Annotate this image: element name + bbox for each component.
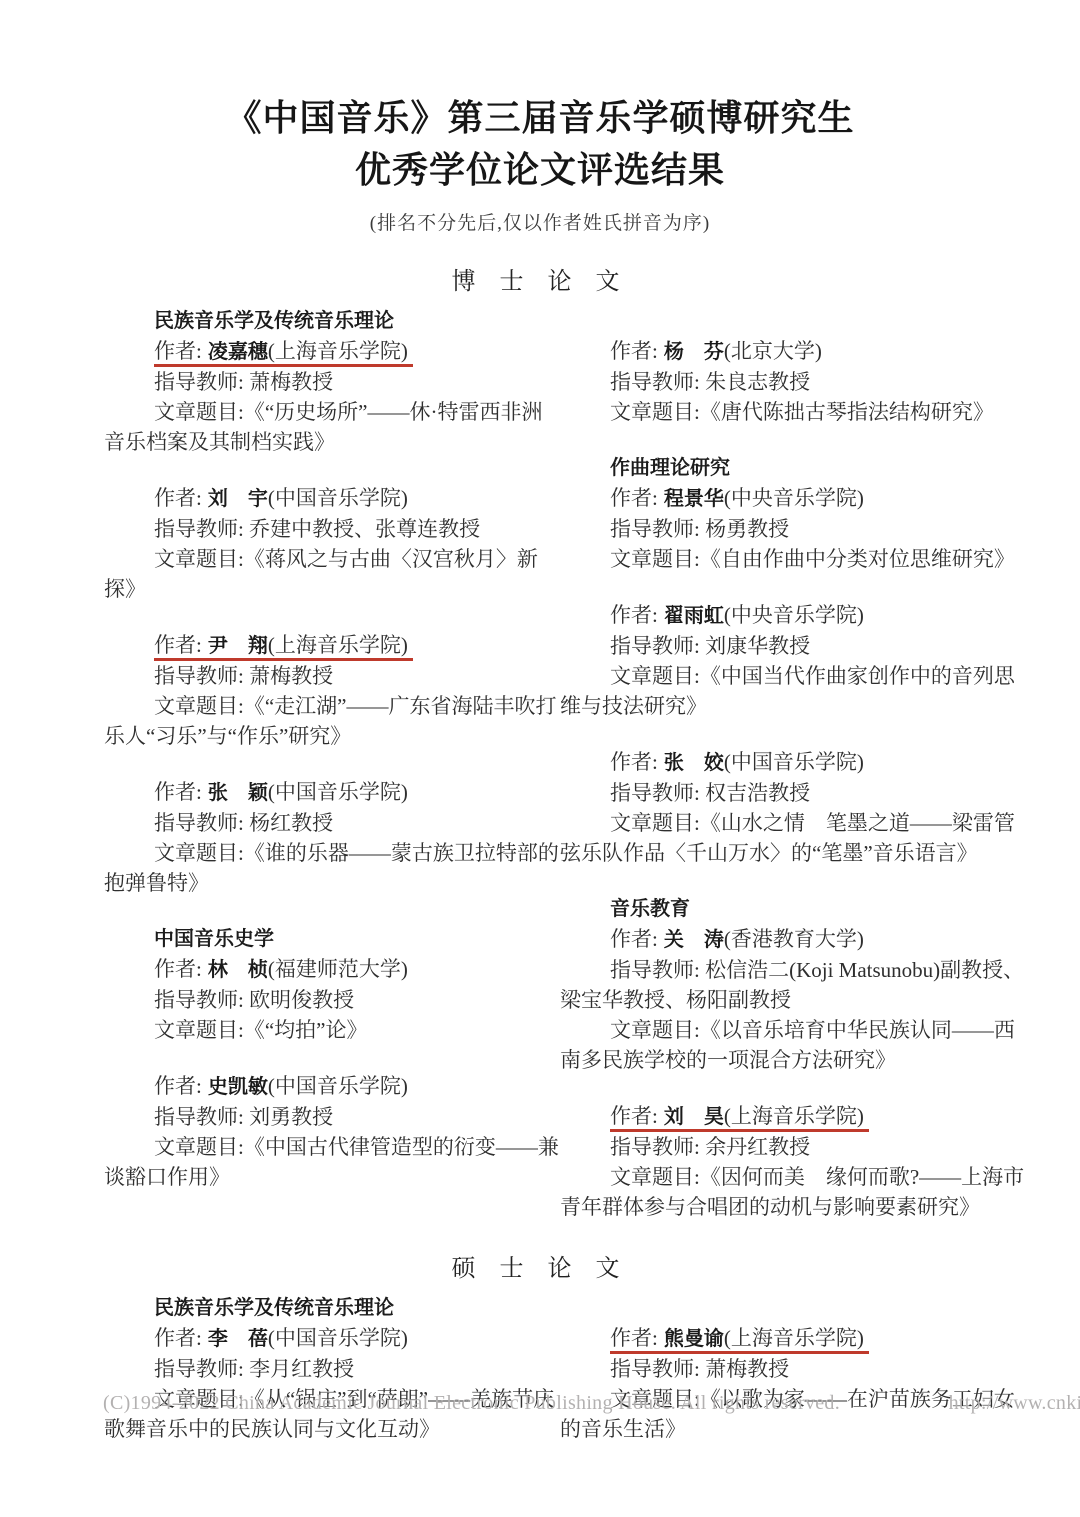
masters-right-column: 作者:熊曼谕(上海音乐学院)指导教师: 萧梅教授文章题目:《以歌为家——在沪苗族… bbox=[560, 1293, 1030, 1444]
author-affiliation: (中国音乐学院) bbox=[268, 486, 408, 510]
author-line: 作者:关 涛(香港教育大学) bbox=[560, 924, 1030, 955]
title-line: 文章题目:《“走江湖”——广东省海陆丰吹打乐人“习乐”与“作乐”研究》 bbox=[104, 691, 560, 751]
category-heading: 中国音乐史学 bbox=[154, 924, 560, 954]
author-line: 作者:熊曼谕(上海音乐学院) bbox=[560, 1323, 1030, 1354]
author-label: 作者: bbox=[610, 750, 658, 774]
author-affiliation: (北京大学) bbox=[724, 339, 822, 363]
advisor-line: 指导教师: 刘勇教授 bbox=[104, 1102, 560, 1132]
underlined-author: 作者:熊曼谕(上海音乐学院) bbox=[610, 1326, 869, 1354]
category-heading: 音乐教育 bbox=[610, 894, 1030, 924]
author-line: 作者:尹 翔(上海音乐学院) bbox=[104, 630, 560, 661]
author-label: 作者: bbox=[610, 339, 658, 363]
author-line: 作者:程景华(中央音乐学院) bbox=[560, 483, 1030, 514]
masters-columns: 民族音乐学及传统音乐理论作者:李 蓓(中国音乐学院)指导教师: 李月红教授文章题… bbox=[104, 1293, 1080, 1444]
doctoral-left-column: 民族音乐学及传统音乐理论作者:凌嘉穗(上海音乐学院)指导教师: 萧梅教授文章题目… bbox=[104, 306, 560, 1222]
thesis-entry: 作者:张 颖(中国音乐学院)指导教师: 杨红教授文章题目:《谁的乐器——蒙古族卫… bbox=[104, 777, 560, 898]
category-heading: 民族音乐学及传统音乐理论 bbox=[154, 306, 560, 336]
masters-left-column: 民族音乐学及传统音乐理论作者:李 蓓(中国音乐学院)指导教师: 李月红教授文章题… bbox=[104, 1293, 560, 1444]
author-name: 刘 昊 bbox=[664, 1106, 724, 1128]
author-text: 作者:关 涛(香港教育大学) bbox=[610, 927, 864, 951]
copyright-text: (C)1994-2022 China Academic Journal Elec… bbox=[103, 1392, 840, 1415]
title-line: 文章题目:《以音乐培育中华民族认同——西南多民族学校的一项混合方法研究》 bbox=[560, 1015, 1030, 1075]
author-name: 程景华 bbox=[664, 488, 724, 510]
thesis-entry: 作曲理论研究作者:程景华(中央音乐学院)指导教师: 杨勇教授文章题目:《自由作曲… bbox=[560, 453, 1030, 574]
author-name: 熊曼谕 bbox=[664, 1328, 724, 1350]
author-name: 张 颖 bbox=[208, 782, 268, 804]
author-name: 凌嘉穗 bbox=[208, 341, 268, 363]
underlined-author: 作者:凌嘉穗(上海音乐学院) bbox=[154, 339, 413, 367]
author-line: 作者:林 桢(福建师范大学) bbox=[104, 954, 560, 985]
author-label: 作者: bbox=[154, 1074, 202, 1098]
author-line: 作者:翟雨虹(中央音乐学院) bbox=[560, 600, 1030, 631]
title-line: 文章题目:《因何而美 缘何而歌?——上海市青年群体参与合唱团的动机与影响要素研究… bbox=[560, 1162, 1030, 1222]
advisor-line: 指导教师: 萧梅教授 bbox=[104, 661, 560, 691]
author-affiliation: (中央音乐学院) bbox=[724, 603, 864, 627]
author-label: 作者: bbox=[154, 780, 202, 804]
page-title-line1: 《中国音乐》第三届音乐学硕博研究生 bbox=[225, 98, 854, 138]
page-title: 《中国音乐》第三届音乐学硕博研究生优秀学位论文评选结果 bbox=[0, 92, 1080, 196]
title-line: 文章题目:《谁的乐器——蒙古族卫拉特部的抱弹鲁特》 bbox=[104, 838, 560, 898]
thesis-entry: 作者:杨 芬(北京大学)指导教师: 朱良志教授文章题目:《唐代陈拙古琴指法结构研… bbox=[560, 336, 1030, 427]
author-text: 作者:张 颖(中国音乐学院) bbox=[154, 780, 408, 804]
advisor-line: 指导教师: 乔建中教授、张尊连教授 bbox=[104, 514, 560, 544]
author-affiliation: (中国音乐学院) bbox=[268, 1074, 408, 1098]
advisor-line: 指导教师: 朱良志教授 bbox=[560, 367, 1030, 397]
author-label: 作者: bbox=[610, 1104, 658, 1128]
thesis-entry: 作者:史凯敏(中国音乐学院)指导教师: 刘勇教授文章题目:《中国古代律管造型的衍… bbox=[104, 1071, 560, 1192]
author-text: 作者:程景华(中央音乐学院) bbox=[610, 486, 864, 510]
title-line: 文章题目:《唐代陈拙古琴指法结构研究》 bbox=[560, 397, 1030, 427]
category-heading: 作曲理论研究 bbox=[610, 453, 1030, 483]
author-affiliation: (上海音乐学院) bbox=[268, 633, 408, 657]
author-line: 作者:张 姣(中国音乐学院) bbox=[560, 747, 1030, 778]
author-line: 作者:史凯敏(中国音乐学院) bbox=[104, 1071, 560, 1102]
author-name: 林 桢 bbox=[208, 959, 268, 981]
title-line: 文章题目:《中国古代律管造型的衍变——兼谈豁口作用》 bbox=[104, 1132, 560, 1192]
author-affiliation: (福建师范大学) bbox=[268, 957, 408, 981]
thesis-entry: 民族音乐学及传统音乐理论作者:李 蓓(中国音乐学院)指导教师: 李月红教授文章题… bbox=[104, 1293, 560, 1444]
title-line: 文章题目:《蒋风之与古曲〈汉宫秋月〉新探》 bbox=[104, 544, 560, 604]
author-name: 尹 翔 bbox=[208, 635, 268, 657]
title-line: 文章题目:《自由作曲中分类对位思维研究》 bbox=[560, 544, 1030, 574]
author-line: 作者:张 颖(中国音乐学院) bbox=[104, 777, 560, 808]
author-line: 作者:杨 芬(北京大学) bbox=[560, 336, 1030, 367]
page-title-line2: 优秀学位论文评选结果 bbox=[355, 150, 725, 190]
author-text: 作者:翟雨虹(中央音乐学院) bbox=[610, 603, 864, 627]
author-label: 作者: bbox=[154, 1326, 202, 1350]
author-text: 作者:杨 芬(北京大学) bbox=[610, 339, 822, 363]
author-line: 作者:凌嘉穗(上海音乐学院) bbox=[104, 336, 560, 367]
advisor-line: 指导教师: 刘康华教授 bbox=[560, 631, 1030, 661]
author-line: 作者:刘 昊(上海音乐学院) bbox=[560, 1101, 1030, 1132]
author-name: 刘 宇 bbox=[208, 488, 268, 510]
document-page: 《中国音乐》第三届音乐学硕博研究生优秀学位论文评选结果 (排名不分先后,仅以作者… bbox=[0, 0, 1080, 1517]
author-text: 作者:林 桢(福建师范大学) bbox=[154, 957, 408, 981]
author-name: 李 蓓 bbox=[208, 1328, 268, 1350]
author-text: 作者:刘 宇(中国音乐学院) bbox=[154, 486, 408, 510]
author-label: 作者: bbox=[154, 633, 202, 657]
advisor-line: 指导教师: 松信浩二(Koji Matsunobu)副教授、梁宝华教授、杨阳副教… bbox=[560, 955, 1030, 1015]
author-affiliation: (中国音乐学院) bbox=[268, 1326, 408, 1350]
author-line: 作者:李 蓓(中国音乐学院) bbox=[104, 1323, 560, 1354]
author-label: 作者: bbox=[610, 1326, 658, 1350]
copyright-footer: (C)1994-2022 China Academic Journal Elec… bbox=[103, 1392, 1080, 1415]
author-label: 作者: bbox=[610, 927, 658, 951]
advisor-line: 指导教师: 权吉浩教授 bbox=[560, 778, 1030, 808]
author-name: 杨 芬 bbox=[664, 341, 724, 363]
author-name: 史凯敏 bbox=[208, 1076, 268, 1098]
thesis-entry: 作者:刘 昊(上海音乐学院)指导教师: 余丹红教授文章题目:《因何而美 缘何而歌… bbox=[560, 1101, 1030, 1222]
title-line: 文章题目:《中国当代作曲家创作中的音列思维与技法研究》 bbox=[560, 661, 1030, 721]
advisor-line: 指导教师: 萧梅教授 bbox=[560, 1354, 1030, 1384]
author-affiliation: (香港教育大学) bbox=[724, 927, 864, 951]
advisor-line: 指导教师: 杨勇教授 bbox=[560, 514, 1030, 544]
author-affiliation: (中国音乐学院) bbox=[724, 750, 864, 774]
author-affiliation: (中央音乐学院) bbox=[724, 486, 864, 510]
advisor-line: 指导教师: 杨红教授 bbox=[104, 808, 560, 838]
thesis-entry: 民族音乐学及传统音乐理论作者:凌嘉穗(上海音乐学院)指导教师: 萧梅教授文章题目… bbox=[104, 306, 560, 457]
doctoral-right-column: 作者:杨 芬(北京大学)指导教师: 朱良志教授文章题目:《唐代陈拙古琴指法结构研… bbox=[560, 306, 1030, 1222]
category-heading: 民族音乐学及传统音乐理论 bbox=[154, 1293, 560, 1323]
thesis-entry: 中国音乐史学作者:林 桢(福建师范大学)指导教师: 欧明俊教授文章题目:《“均拍… bbox=[104, 924, 560, 1045]
author-label: 作者: bbox=[154, 486, 202, 510]
section-heading-masters: 硕 士 论 文 bbox=[0, 1248, 1080, 1283]
thesis-entry: 作者:熊曼谕(上海音乐学院)指导教师: 萧梅教授文章题目:《以歌为家——在沪苗族… bbox=[560, 1323, 1030, 1444]
author-label: 作者: bbox=[154, 957, 202, 981]
thesis-entry: 音乐教育作者:关 涛(香港教育大学)指导教师: 松信浩二(Koji Matsun… bbox=[560, 894, 1030, 1075]
author-line: 作者:刘 宇(中国音乐学院) bbox=[104, 483, 560, 514]
underlined-author: 作者:尹 翔(上海音乐学院) bbox=[154, 633, 413, 661]
author-name: 翟雨虹 bbox=[664, 605, 724, 627]
title-line: 文章题目:《“均拍”论》 bbox=[104, 1015, 560, 1045]
author-name: 关 涛 bbox=[664, 929, 724, 951]
title-line: 文章题目:《“历史场所”——休·特雷西非洲音乐档案及其制档实践》 bbox=[104, 397, 560, 457]
author-affiliation: (上海音乐学院) bbox=[724, 1326, 864, 1350]
thesis-entry: 作者:张 姣(中国音乐学院)指导教师: 权吉浩教授文章题目:《山水之情 笔墨之道… bbox=[560, 747, 1030, 868]
advisor-line: 指导教师: 欧明俊教授 bbox=[104, 985, 560, 1015]
author-affiliation: (上海音乐学院) bbox=[724, 1104, 864, 1128]
thesis-entry: 作者:翟雨虹(中央音乐学院)指导教师: 刘康华教授文章题目:《中国当代作曲家创作… bbox=[560, 600, 1030, 721]
author-name: 张 姣 bbox=[664, 752, 724, 774]
advisor-line: 指导教师: 余丹红教授 bbox=[560, 1132, 1030, 1162]
author-text: 作者:史凯敏(中国音乐学院) bbox=[154, 1074, 408, 1098]
title-line: 文章题目:《山水之情 笔墨之道——梁雷管弦乐队作品〈千山万水〉的“笔墨”音乐语言… bbox=[560, 808, 1030, 868]
underlined-author: 作者:刘 昊(上海音乐学院) bbox=[610, 1104, 869, 1132]
author-affiliation: (上海音乐学院) bbox=[268, 339, 408, 363]
author-label: 作者: bbox=[154, 339, 202, 363]
author-affiliation: (中国音乐学院) bbox=[268, 780, 408, 804]
document-header: 《中国音乐》第三届音乐学硕博研究生优秀学位论文评选结果 (排名不分先后,仅以作者… bbox=[0, 0, 1080, 235]
advisor-line: 指导教师: 萧梅教授 bbox=[104, 367, 560, 397]
author-text: 作者:张 姣(中国音乐学院) bbox=[610, 750, 864, 774]
author-label: 作者: bbox=[610, 486, 658, 510]
subtitle: (排名不分先后,仅以作者姓氏拼音为序) bbox=[0, 208, 1080, 235]
doctoral-columns: 民族音乐学及传统音乐理论作者:凌嘉穗(上海音乐学院)指导教师: 萧梅教授文章题目… bbox=[104, 306, 1080, 1222]
author-label: 作者: bbox=[610, 603, 658, 627]
author-text: 作者:李 蓓(中国音乐学院) bbox=[154, 1326, 408, 1350]
thesis-entry: 作者:尹 翔(上海音乐学院)指导教师: 萧梅教授文章题目:《“走江湖”——广东省… bbox=[104, 630, 560, 751]
footer-url: http://www.cnki.net bbox=[949, 1392, 1080, 1415]
thesis-entry: 作者:刘 宇(中国音乐学院)指导教师: 乔建中教授、张尊连教授文章题目:《蒋风之… bbox=[104, 483, 560, 604]
section-heading-doctoral: 博 士 论 文 bbox=[0, 261, 1080, 296]
advisor-line: 指导教师: 李月红教授 bbox=[104, 1354, 560, 1384]
